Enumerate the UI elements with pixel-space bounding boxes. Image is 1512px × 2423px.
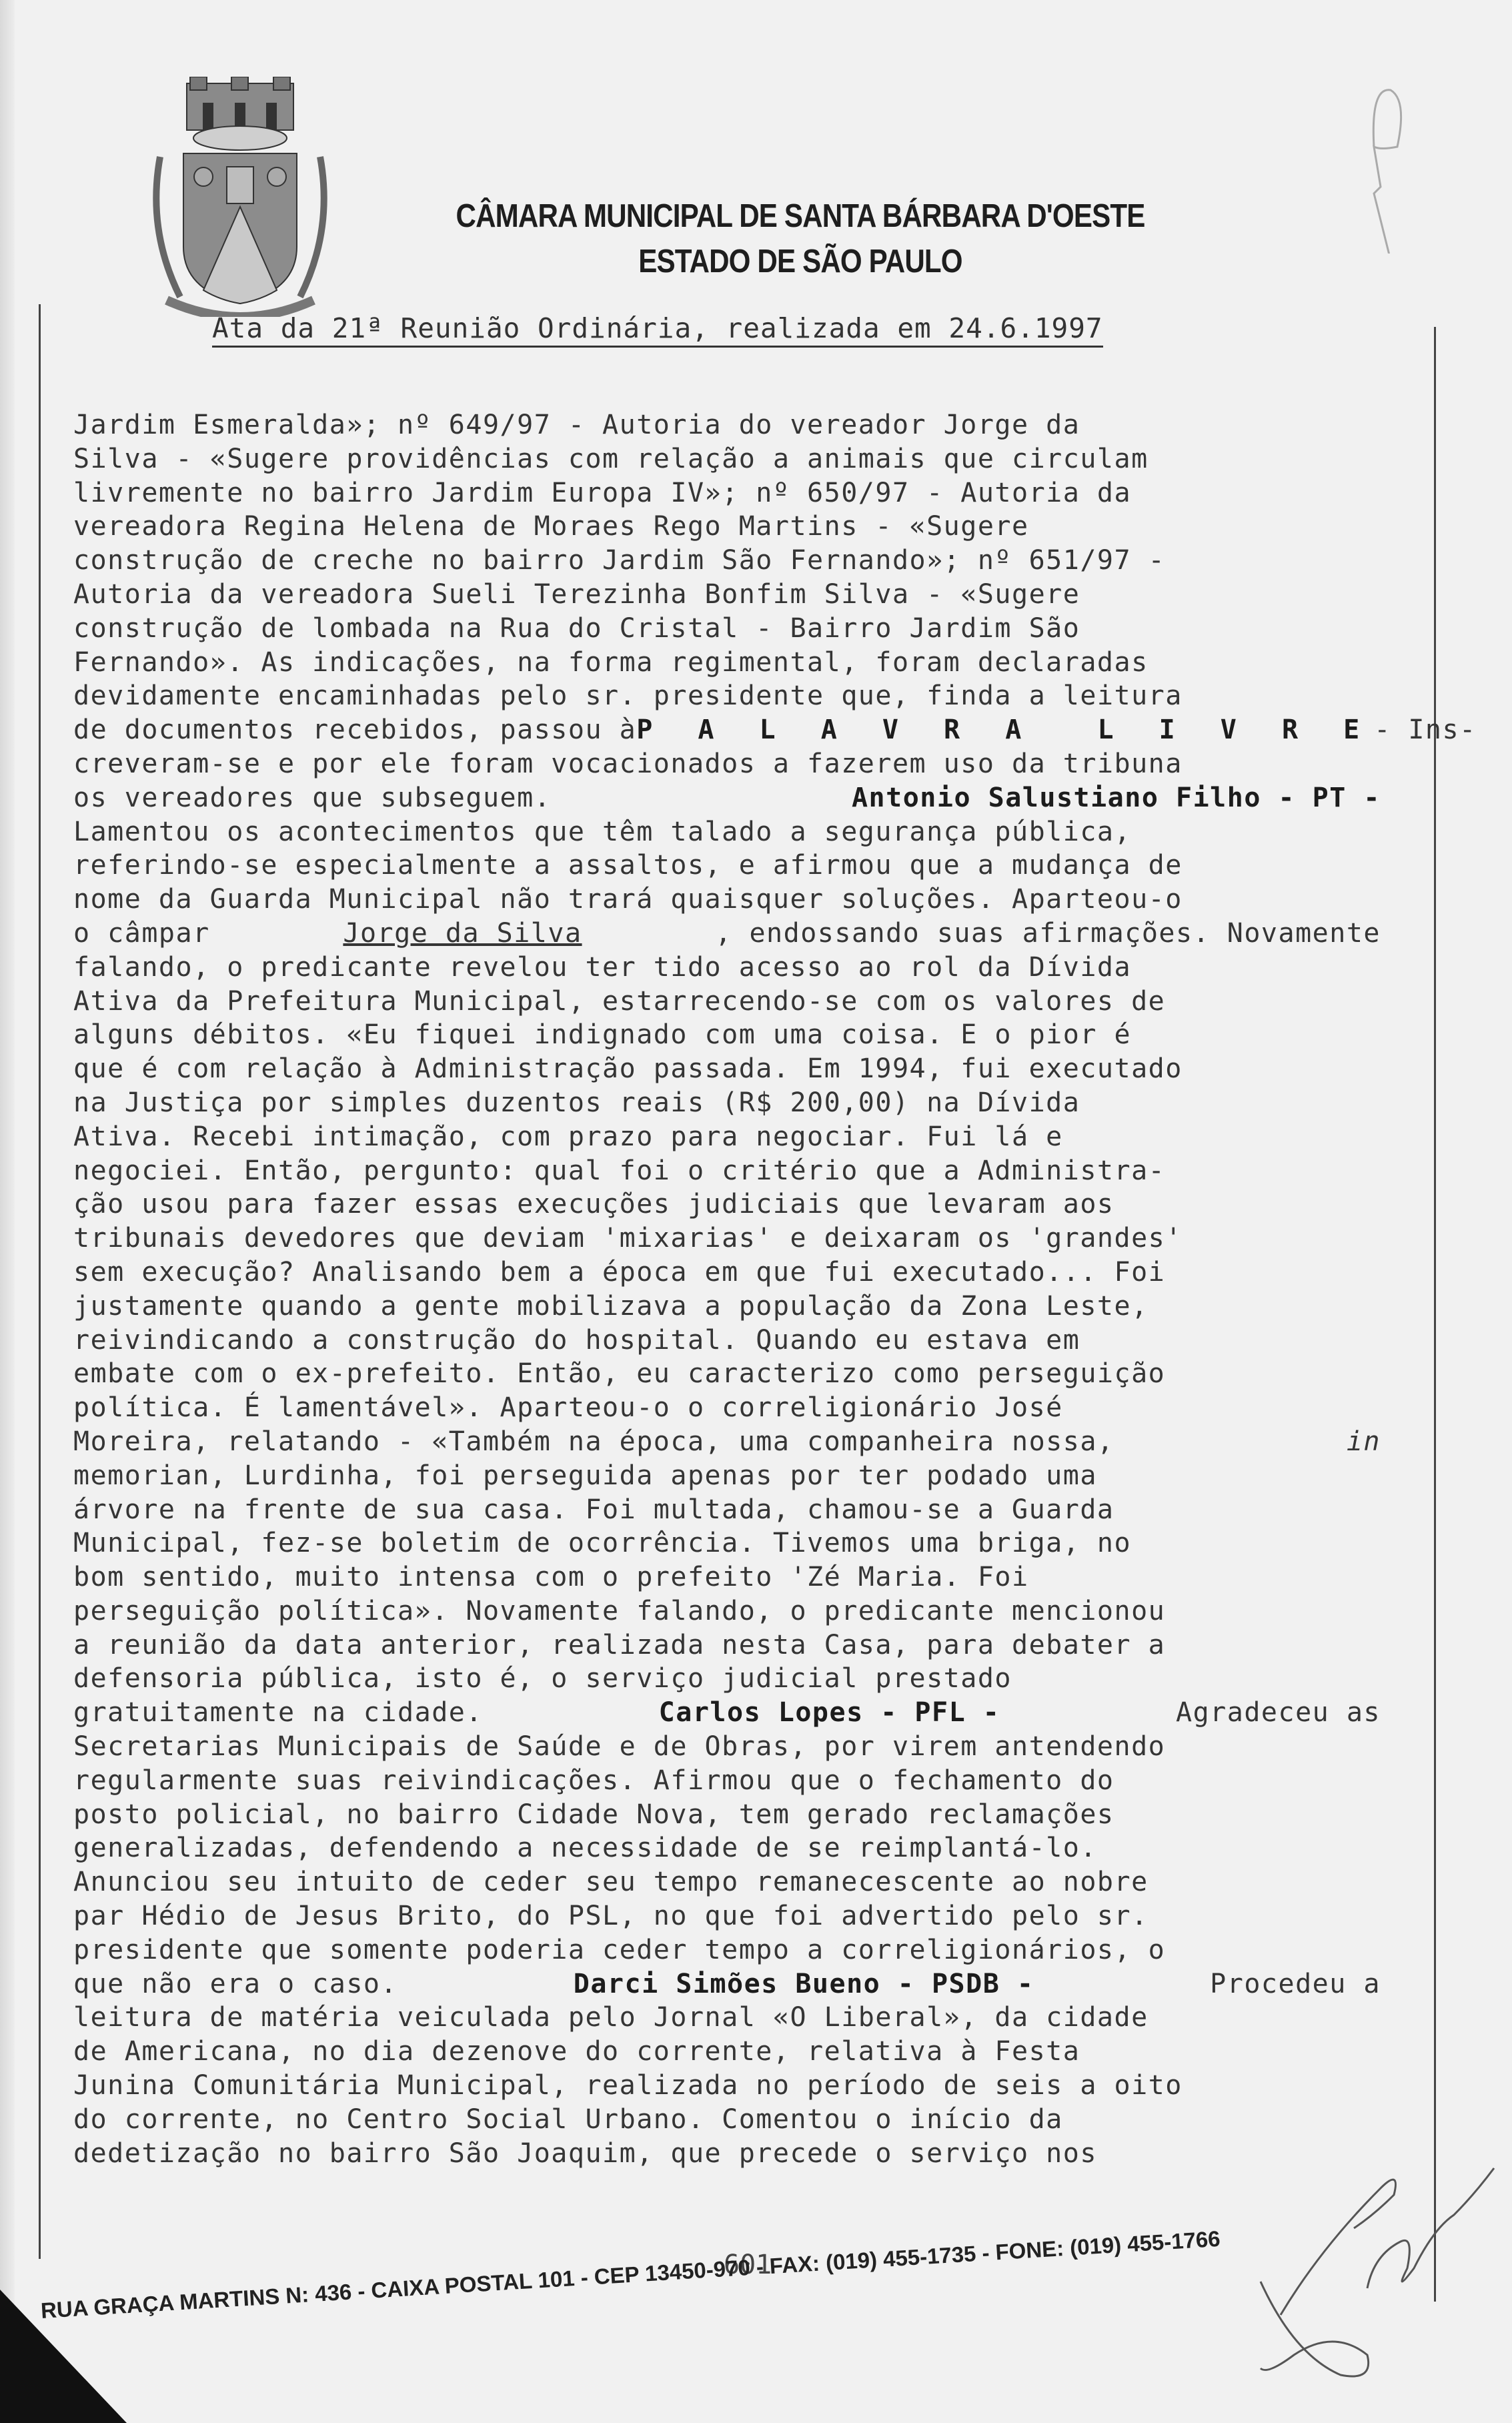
referenced-councilor: Jorge da Silva — [343, 917, 582, 951]
body-line: sem execução? Analisando bem a época em … — [73, 1256, 1381, 1290]
signature-icon — [1241, 2155, 1507, 2382]
body-line: política. É lamentável». Aparteou-o o co… — [73, 1391, 1381, 1425]
margin-mark-icon — [1361, 60, 1421, 254]
coat-of-arms-icon — [140, 77, 340, 317]
body-line: perseguição política». Novamente falando… — [73, 1594, 1381, 1628]
body-line: presidente que somente poderia ceder tem… — [73, 1933, 1381, 1967]
body-line: generalizadas, defendendo a necessidade … — [73, 1831, 1381, 1865]
body-line: Moreira, relatando - «Também na época, u… — [73, 1425, 1381, 1459]
section-heading-palavra-livre: P A L A V R A L I V R E — [636, 713, 1374, 747]
speaker-name: Carlos Lopes - PFL - — [659, 1696, 1000, 1730]
body-line: tribunais devedores que deviam 'mixarias… — [73, 1222, 1381, 1256]
speaker-name: Darci Simões Bueno - PSDB - — [574, 1967, 1034, 2001]
body-line: embate com o ex-prefeito. Então, eu cara… — [73, 1357, 1381, 1391]
body-line: devidamente encaminhadas pelo sr. presid… — [73, 679, 1381, 713]
body-line: memorian, Lurdinha, foi perseguida apena… — [73, 1459, 1381, 1493]
body-line: Secretarias Municipais de Saúde e de Obr… — [73, 1730, 1381, 1764]
body-line: ção usou para fazer essas execuções judi… — [73, 1187, 1381, 1222]
body-line: regularmente suas reivindicações. Afirmo… — [73, 1764, 1381, 1798]
left-border-rule — [39, 304, 41, 2259]
scan-page-edge — [0, 0, 15, 2423]
scan-corner-shadow — [0, 2290, 127, 2423]
body-line: falando, o predicante revelou ter tido a… — [73, 951, 1381, 985]
body-line: Municipal, fez-se boletim de ocorrência.… — [73, 1526, 1381, 1560]
minutes-title: Ata da 21ª Reunião Ordinária, realizada … — [212, 312, 1103, 348]
body-line: reivindicando a construção do hospital. … — [73, 1324, 1381, 1358]
body-line: Ativa. Recebi intimação, com prazo para … — [73, 1120, 1381, 1154]
body-line: Lamentou os acontecimentos que têm talad… — [73, 815, 1381, 849]
body-line: construção de lombada na Rua do Cristal … — [73, 612, 1381, 646]
body-line: vereadora Regina Helena de Moraes Rego M… — [73, 510, 1381, 544]
body-line: o câmpar Jorge da Silva , endossando sua… — [73, 917, 1381, 951]
body-line: justamente quando a gente mobilizava a p… — [73, 1290, 1381, 1324]
body-line: Autoria da vereadora Sueli Terezinha Bon… — [73, 578, 1381, 612]
body-line: do corrente, no Centro Social Urbano. Co… — [73, 2103, 1381, 2137]
body-line: na Justiça por simples duzentos reais (R… — [73, 1086, 1381, 1120]
footer-address: RUA GRAÇA MARTINS N: 436 - CAIXA POSTAL … — [40, 2213, 1439, 2324]
body-line: negociei. Então, pergunto: qual foi o cr… — [73, 1154, 1381, 1188]
body-line: de documentos recebidos, passou à P A L … — [73, 713, 1381, 747]
body-line: de Americana, no dia dezenove do corrent… — [73, 2035, 1381, 2069]
body-line: posto policial, no bairro Cidade Nova, t… — [73, 1798, 1381, 1832]
organization-name: CÂMARA MUNICIPAL DE SANTA BÁRBARA D'OEST… — [410, 197, 1191, 235]
body-line: Ativa da Prefeitura Municipal, estarrece… — [73, 985, 1381, 1019]
body-line: Fernando». As indicações, na forma regim… — [73, 646, 1381, 680]
minutes-body: Jardim Esmeralda»; nº 649/97 - Autoria d… — [73, 408, 1381, 2170]
right-border-rule — [1434, 327, 1436, 2302]
body-line: Silva - «Sugere providências com relação… — [73, 442, 1381, 476]
body-line: defensoria pública, isto é, o serviço ju… — [73, 1662, 1381, 1696]
body-line: os vereadores que subseguem. Antonio Sal… — [73, 781, 1381, 815]
body-line: Anunciou seu intuito de ceder seu tempo … — [73, 1865, 1381, 1899]
body-line: alguns débitos. «Eu fiquei indignado com… — [73, 1018, 1381, 1052]
body-line: creveram-se e por ele foram vocacionados… — [73, 747, 1381, 781]
body-line: nome da Guarda Municipal não trará quais… — [73, 883, 1381, 917]
body-line: a reunião da data anterior, realizada ne… — [73, 1628, 1381, 1662]
body-line: que é com relação à Administração passad… — [73, 1052, 1381, 1086]
body-line: referindo-se especialmente a assaltos, e… — [73, 849, 1381, 883]
body-line: Junina Comunitária Municipal, realizada … — [73, 2069, 1381, 2103]
speaker-name: Antonio Salustiano Filho - PT - — [852, 781, 1381, 815]
body-line: dedetização no bairro São Joaquim, que p… — [73, 2137, 1381, 2171]
body-line: par Hédio de Jesus Brito, do PSL, no que… — [73, 1899, 1381, 1933]
body-line: livremente no bairro Jardim Europa IV»; … — [73, 476, 1381, 510]
body-line: que não era o caso. Darci Simões Bueno -… — [73, 1967, 1381, 2001]
body-line: gratuitamente na cidade. Carlos Lopes - … — [73, 1696, 1381, 1730]
body-line: Jardim Esmeralda»; nº 649/97 - Autoria d… — [73, 408, 1381, 442]
body-line: leitura de matéria veiculada pelo Jornal… — [73, 2001, 1381, 2035]
organization-state: ESTADO DE SÃO PAULO — [410, 243, 1191, 280]
body-line: construção de creche no bairro Jardim Sã… — [73, 544, 1381, 578]
body-line: bom sentido, muito intensa com o prefeit… — [73, 1560, 1381, 1594]
body-line: árvore na frente de sua casa. Foi multad… — [73, 1493, 1381, 1527]
